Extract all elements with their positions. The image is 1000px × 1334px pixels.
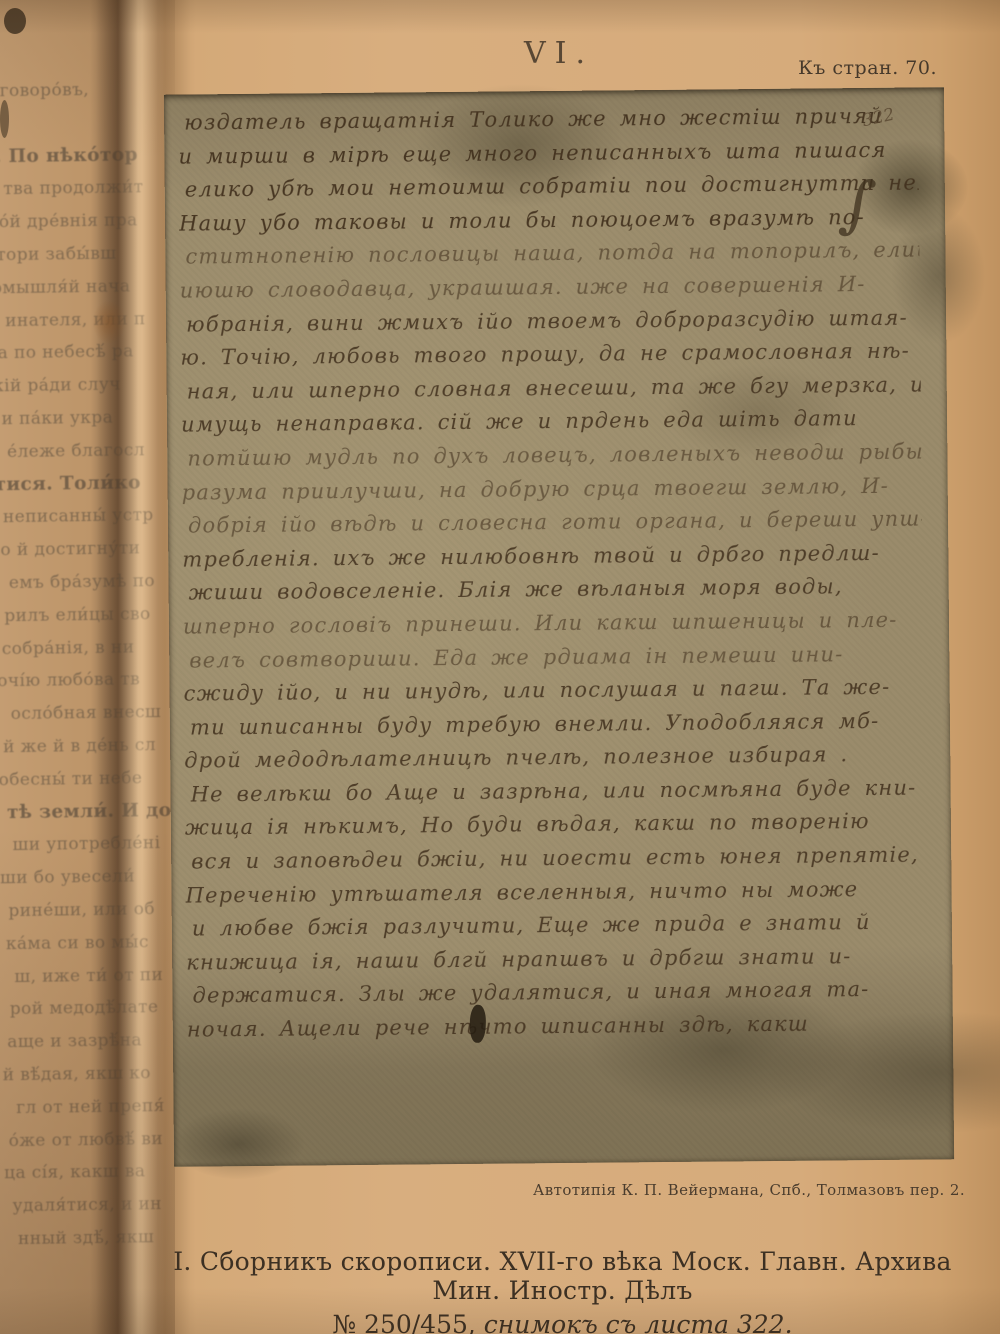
facing-page-ghost-text: оговоро́въ,. По нѣко́тортва продолжи́то́… [0,0,175,1334]
book-page-scan: { "header": { "plate_number": "VI.", "pa… [0,0,1000,1334]
caption-archive-number: № 250/455, [332,1310,483,1334]
autotype-credit-caption: Автотипія К. П. Вейермана, Спб., Толмазо… [533,1181,965,1199]
caption-sheet-reference: снимокъ съ листа 322. [484,1310,793,1334]
manuscript-text-block: юздатель вращатнія Толико же мно жестіш … [184,100,927,1048]
plate-stain [174,1108,305,1179]
caption-line-2: № 250/455, снимокъ съ листа 322. [140,1310,985,1334]
page-shadow [0,0,175,1334]
page-reference: Къ стран. 70. [798,57,937,79]
caption-line-1: I. Сборникъ скорописи. XVII-го вѣка Моск… [140,1247,985,1305]
manuscript-facsimile-plate: юздатель вращатнія Толико же мно жестіш … [164,87,954,1166]
plate-description-caption: I. Сборникъ скорописи. XVII-го вѣка Моск… [140,1247,985,1334]
manuscript-line: ночая. Ащели рече нѣчто шписанны здѣ, ка… [187,1007,927,1048]
